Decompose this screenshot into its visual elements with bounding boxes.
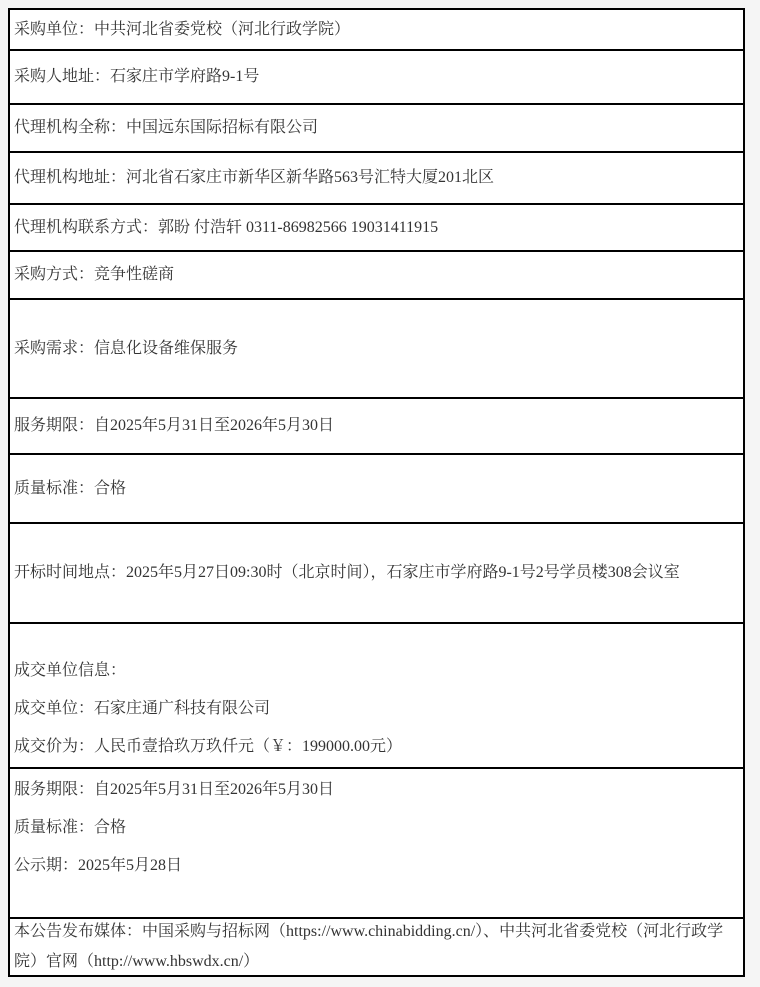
winning-quality-standard: 质量标准：合格 (14, 809, 733, 847)
winning-bidder-info-heading: 成交单位信息： (14, 652, 733, 690)
row-quality-standard-text: 质量标准：合格 (14, 470, 733, 508)
row-service-period: 服务期限：自2025年5月31日至2026年5月30日 (10, 397, 743, 453)
row-agency-contact-text: 代理机构联系方式：郭盼 付浩轩 0311-86982566 1903141191… (14, 209, 733, 247)
procurement-announcement-table: 采购单位：中共河北省委党校（河北行政学院） 采购人地址：石家庄市学府路9-1号 … (8, 8, 745, 977)
row-quality-standard: 质量标准：合格 (10, 453, 743, 522)
row-service-period-text: 服务期限：自2025年5月31日至2026年5月30日 (14, 407, 733, 445)
row-procurement-demand: 采购需求：信息化设备维保服务 (10, 298, 743, 397)
row-agency-contact: 代理机构联系方式：郭盼 付浩轩 0311-86982566 1903141191… (10, 203, 743, 250)
row-agency-address-text: 代理机构地址：河北省石家庄市新华区新华路563号汇特大厦201北区 (14, 159, 733, 197)
row-bid-opening-time-place-text: 开标时间地点：2025年5月27日09:30时（北京时间），石家庄市学府路9-1… (14, 554, 733, 592)
row-winning-bidder-info: 成交单位信息： 成交单位：石家庄通广科技有限公司 成交价为：人民币壹拾玖万玖仟元… (10, 622, 743, 767)
row-winning-bidder-terms: 服务期限：自2025年5月31日至2026年5月30日 质量标准：合格 公示期：… (10, 767, 743, 917)
row-announcement-media: 本公告发布媒体：中国采购与招标网（https://www.chinabiddin… (10, 917, 743, 975)
winning-bidder-name: 成交单位：石家庄通广科技有限公司 (14, 690, 733, 728)
row-procurement-method: 采购方式：竞争性磋商 (10, 250, 743, 298)
row-agency-name: 代理机构全称：中国远东国际招标有限公司 (10, 103, 743, 151)
row-bid-opening-time-place: 开标时间地点：2025年5月27日09:30时（北京时间），石家庄市学府路9-1… (10, 522, 743, 622)
row-agency-address: 代理机构地址：河北省石家庄市新华区新华路563号汇特大厦201北区 (10, 151, 743, 203)
publicity-period: 公示期：2025年5月28日 (14, 847, 733, 885)
row-purchasing-unit: 采购单位：中共河北省委党校（河北行政学院） (10, 10, 743, 49)
row-purchaser-address: 采购人地址：石家庄市学府路9-1号 (10, 49, 743, 103)
row-agency-name-text: 代理机构全称：中国远东国际招标有限公司 (14, 109, 733, 147)
winning-bidder-price: 成交价为：人民币壹拾玖万玖仟元（￥：199000.00元） (14, 728, 733, 766)
row-procurement-demand-text: 采购需求：信息化设备维保服务 (14, 330, 733, 368)
row-purchaser-address-text: 采购人地址：石家庄市学府路9-1号 (14, 58, 733, 96)
row-procurement-method-text: 采购方式：竞争性磋商 (14, 256, 733, 294)
row-announcement-media-text: 本公告发布媒体：中国采购与招标网（https://www.chinabiddin… (14, 917, 733, 975)
row-purchasing-unit-text: 采购单位：中共河北省委党校（河北行政学院） (14, 11, 733, 49)
winning-service-period: 服务期限：自2025年5月31日至2026年5月30日 (14, 771, 733, 809)
